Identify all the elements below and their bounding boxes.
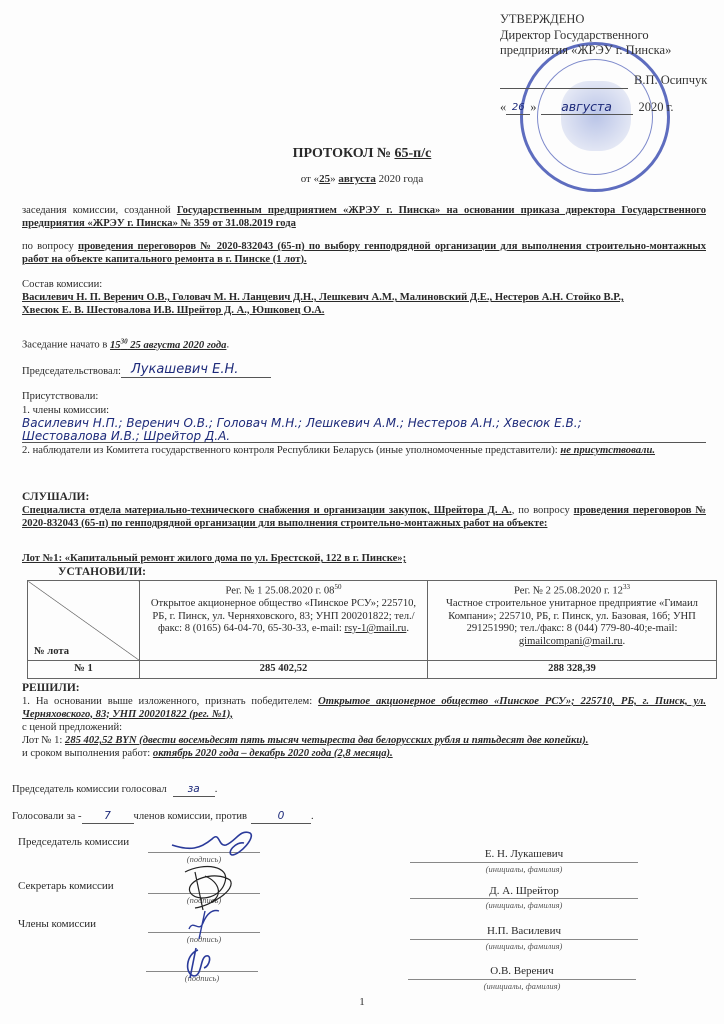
name-caption-secretary: (инициалы, фамилия) [410,900,638,910]
name-caption-member-2: (инициалы, фамилия) [408,981,636,991]
lot-header-cell: № лота [28,581,140,661]
offer-cell-2: Рег. № 2 25.08.2020 г. 1233 Частное стро… [428,581,717,661]
offer-2-email[interactable]: gimailcompani@mail.ru [519,636,623,647]
offer-1-amount: 285 402,52 [140,661,428,679]
intro-lead: заседания комиссии, созданной [22,205,177,216]
lot-row-label: № 1 [28,661,140,679]
sig-role-chair: Председатель комиссии [18,836,129,849]
offer-2-email-end: . [622,636,625,647]
date-prefix: от « [301,173,319,185]
name-line-member-1 [410,939,638,940]
name-caption-member-1: (инициалы, фамилия) [410,941,638,951]
heard-lot: Лот №1: «Капитальный ремонт жилого дома … [22,553,706,566]
chair-vote-row: Председатель комиссии голосовал за. [12,783,217,797]
approval-signer: В.П. Осипчук [634,73,707,89]
approval-position-1: Директор Государственного [500,28,720,44]
decided-price-label: с ценой предложений: [22,722,706,735]
member-2-signature-icon [180,944,220,984]
observers-paragraph: 2. наблюдатели из Комитета государственн… [22,445,706,458]
term-value: октябрь 2020 года – декабрь 2020 года (2… [153,748,393,759]
name-line-chair [410,862,638,863]
member-1-signature-icon [185,905,225,940]
name-caption-chair: (инициалы, фамилия) [410,864,638,874]
intro-paragraph: заседания комиссии, созданной Государств… [22,205,706,230]
chair-voted-label: Председатель комиссии голосовал [12,784,167,797]
protocol-month: августа [338,173,376,185]
present-label: Присутствовали: [22,391,706,404]
observers-text: 2. наблюдатели из Комитета государственн… [22,445,560,456]
approval-date-day: 26 [506,102,530,116]
sig-role-secretary: Секретарь комиссии [18,880,114,893]
name-line-member-2 [408,979,636,980]
chair-vote-mark: за [173,783,215,797]
vote-for-mid: членов комиссии, против [134,811,247,824]
commission-label: Состав комиссии: [22,279,706,292]
offer-2-details: Частное строительное унитарное предприят… [446,598,698,634]
approval-signature-line [500,73,628,89]
heard-paragraph: Специалиста отдела материально-техническ… [22,505,706,530]
vote-count-row: Голосовали за - 7 членов комиссии, проти… [12,810,314,824]
table-row: № лота Рег. № 1 25.08.2020 г. 0850 Откры… [28,581,717,661]
offer-1-reg: Рег. № 1 25.08.2020 г. 08 [226,586,335,597]
term-lead: и сроком выполнения работ: [22,748,153,759]
present-members-handwritten: Василевич Н.П.; Веренич О.В.; Головач М.… [22,417,706,443]
approval-date-close: » [530,100,536,116]
offers-table: № лота Рег. № 1 25.08.2020 г. 0850 Откры… [27,580,717,679]
decided-item-1: 1. На основании выше изложенного, призна… [22,696,706,721]
decided-lot-price: Лот № 1: 285 402,52 BYN (двести восемьде… [22,735,706,748]
offer-2-reg: Рег. № 2 25.08.2020 г. 12 [514,586,623,597]
sig-role-members: Члены комиссии [18,918,96,931]
date-suffix: 2020 года [376,173,423,185]
present-hand-line-1: Василевич Н.П.; Веренич О.В.; Головач М.… [22,417,706,430]
chair-label: Председательствовал: [22,366,121,379]
subject-paragraph: по вопросу проведения переговоров № 2020… [22,241,706,266]
sig-name-secretary: Д. А. Шрейтор [410,885,638,898]
heard-mid: , по вопросу [512,505,574,516]
approval-position-2: предприятия «ЖРЭУ г. Пинска» [500,43,720,59]
start-minutes: 30 [121,337,128,345]
vote-for-lead: Голосовали за - [12,811,82,824]
commission-members: Василевич Н. П. Веренич О.В., Головач М.… [22,292,662,317]
offer-2-amount: 288 328,39 [428,661,717,679]
start-date: 25 августа 2020 года [128,340,227,351]
approval-block: УТВЕРЖДЕНО Директор Государственного пре… [500,12,720,115]
lot-header: № лота [34,646,69,659]
meeting-start: Заседание начато в 1530 25 августа 2020 … [22,337,706,352]
start-time: 1530 25 августа 2020 года [110,340,226,351]
title-prefix: ПРОТОКОЛ № [293,146,395,161]
offer-1-email[interactable]: rsy-1@mail.ru [345,623,407,634]
lot-price-lead: Лот № 1: [22,735,65,746]
approval-date-year: 2020 г. [639,100,674,116]
chair-signature-icon [170,825,270,865]
vote-for-count: 7 [82,810,134,824]
sig-name-chair: Е. Н. Лукашевич [410,848,638,861]
table-row: № 1 285 402,52 288 328,39 [28,661,717,679]
protocol-day: 25 [319,173,330,185]
protocol-title: ПРОТОКОЛ № 65-п/с [0,146,724,163]
sig-name-member-1: Н.П. Василевич [410,925,638,938]
chair-row: Председательствовал: Лукашевич Е.Н. [22,362,706,378]
start-lead: Заседание начато в [22,340,110,351]
start-hour: 15 [110,340,121,351]
chair-handwritten: Лукашевич Е.Н. [121,362,271,378]
start-end: . [226,340,229,351]
offer-cell-1: Рег. № 1 25.08.2020 г. 0850 Открытое акц… [140,581,428,661]
offer-1-email-end: . [406,623,409,634]
heard-speaker: Специалиста отдела материально-техническ… [22,505,512,516]
protocol-date: от «25» августа 2020 года [0,173,724,186]
sig-name-member-2: О.В. Веренич [408,965,636,978]
offer-2-reg-sup: 33 [623,583,630,591]
observers-value: не присутствовали. [560,445,655,456]
heard-heading: СЛУШАЛИ: [22,491,706,505]
approval-heading: УТВЕРЖДЕНО [500,12,720,28]
lot-price-value: 285 402,52 BYN (двести восемьдесят пять … [65,735,588,746]
decided-heading: РЕШИЛИ: [22,682,706,696]
page-number: 1 [0,996,724,1009]
approval-date-month: августа [541,99,633,116]
vote-against-count: 0 [251,810,311,824]
protocol-number: 65-п/с [394,146,431,161]
commission-members-text: Василевич Н. П. Веренич О.В., Головач М.… [22,292,624,316]
name-line-secretary [410,898,638,899]
present-hand-line-2: Шестовалова И.В.; Шрейтор Д.А. [22,430,706,444]
decided-lead: 1. На основании выше изложенного, призна… [22,696,318,707]
established-heading: УСТАНОВИЛИ: [58,566,146,580]
heard-lot-text: Лот №1: «Капитальный ремонт жилого дома … [22,553,406,564]
offer-1-reg-sup: 50 [334,583,341,591]
decided-term: и сроком выполнения работ: октябрь 2020 … [22,748,706,761]
subject-text: проведения переговоров № 2020-832043 (65… [22,241,706,265]
subject-lead: по вопросу [22,241,78,252]
